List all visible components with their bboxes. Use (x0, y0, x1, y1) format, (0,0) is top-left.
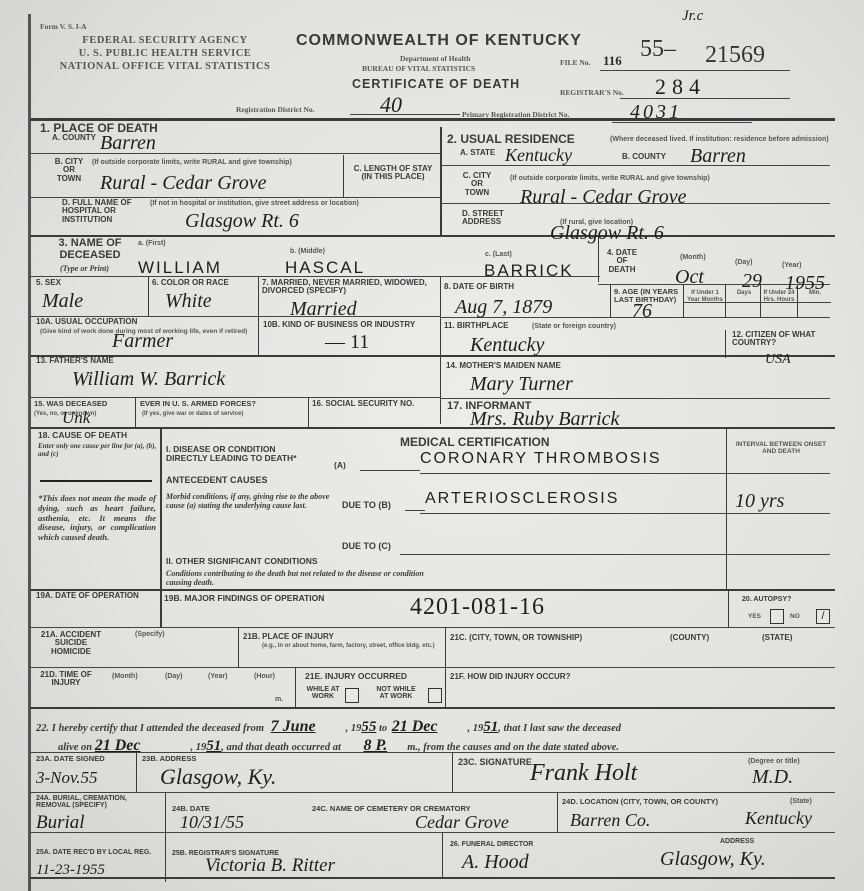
injury-city-label: 21c. (CITY, TOWN, OR TOWNSHIP) (450, 634, 582, 642)
first-name-value: WILLIAM (138, 258, 222, 278)
signer-address-label: 23b. ADDRESS (142, 755, 196, 763)
armed-forces-note-2: (If yes, give war or dates of service) (142, 411, 243, 418)
funeral-address-value: Glasgow, Ky. (660, 848, 766, 871)
death-city-value: Rural - Cedar Grove (100, 172, 266, 195)
time-of-injury-label: 21d. TIME OF INJURY (36, 671, 96, 688)
marital-value: Married (290, 298, 357, 321)
date-signed-label: 23a. DATE SIGNED (36, 755, 105, 763)
cause-of-death-label: 18. CAUSE OF DEATH (38, 431, 127, 440)
agency-line: U. S. PUBLIC HEALTH SERVICE (40, 47, 290, 60)
father-label: 13. FATHER'S NAME (36, 357, 114, 365)
autopsy-no-label: NO (790, 613, 800, 620)
burial-state-label: (State) (790, 798, 812, 806)
dob-label: 8. DATE OF BIRTH (444, 283, 514, 291)
form-number: Form V. S. I-A (40, 22, 87, 31)
file-no-value: 116 (603, 53, 622, 69)
institution-label: d. FULL NAME OF HOSPITAL OR INSTITUTION (62, 199, 152, 224)
while-at-work-checkbox[interactable] (345, 688, 359, 703)
middle-name-label: b. (Middle) (290, 248, 325, 256)
death-year-label: (Year) (782, 262, 801, 270)
death-month-label: (Month) (680, 254, 706, 262)
death-month-value: Oct (675, 266, 704, 289)
part2-label: II. OTHER SIGNIFICANT CONDITIONS (166, 557, 318, 566)
age-months-label: If Under 1 Year Months (686, 290, 724, 303)
city-note: (If outside corporate limits, write RURA… (92, 159, 342, 167)
residence-state-label: a. STATE (460, 149, 495, 157)
signature-label: 23c. SIGNATURE (458, 758, 532, 767)
certificate-number: 21569 (705, 42, 765, 69)
name-heading: 3. NAME OF DECEASED (40, 238, 140, 261)
usual-residence-heading: 2. USUAL RESIDENCE (447, 133, 575, 146)
burial-date-value: 10/31/55 (180, 812, 244, 833)
residence-city-label: c. CITY OR TOWN (462, 172, 492, 197)
funeral-director-value: A. Hood (462, 851, 529, 874)
interval-label: INTERVAL BETWEEN ONSET AND DEATH (732, 441, 830, 455)
agency-line: FEDERAL SECURITY AGENCY (40, 34, 290, 47)
mother-label: 14. MOTHER'S MAIDEN NAME (446, 362, 561, 370)
certification-line-2: alive on 21 Dec, 1951, and that death oc… (58, 737, 838, 755)
certification-line-1: 22. I hereby certify that I attended the… (36, 718, 836, 736)
sex-label: 5. SEX (36, 279, 61, 287)
date-received-label: 25a. DATE REC'D BY LOCAL REG. (36, 849, 161, 856)
cause-c-label: DUE TO (c) (342, 542, 391, 551)
armed-forces-label-1: 15. WAS DECEASED (34, 400, 107, 408)
armed-forces-value: Unk (62, 408, 90, 428)
residence-city-value: Rural - Cedar Grove (520, 186, 686, 209)
county-label: a. COUNTY (52, 134, 96, 142)
attended-from-value: 7 June (267, 718, 346, 735)
occupation-value: Farmer (112, 330, 173, 353)
name-note: (Type or Print) (60, 264, 109, 273)
injury-type-note: (Specify) (135, 631, 165, 639)
place-of-injury-label: 21b. PLACE OF INJURY (243, 633, 334, 641)
dob-value: Aug 7, 1879 (455, 296, 552, 319)
autopsy-label: 20. AUTOPSY? (742, 596, 791, 603)
date-of-death-label: 4. DATE OF DEATH (602, 249, 642, 274)
residence-street-value: Glasgow Rt. 6 (550, 222, 664, 245)
injury-county-label: (COUNTY) (670, 634, 709, 642)
certificate-title: CERTIFICATE OF DEATH (352, 77, 520, 91)
cause-a-value: CORONARY THROMBOSIS (420, 450, 662, 468)
last-seen-alive-value: 21 Dec (95, 737, 191, 754)
date-signed-value: 3-Nov.55 (36, 768, 98, 788)
part1-label: I. DISEASE OR CONDITION DIRECTLY LEADING… (166, 445, 316, 463)
registration-district-label: Registration District No. (236, 105, 315, 114)
not-at-work-label: NOT WHILE AT WORK (372, 686, 420, 701)
burial-location-value: Barren Co. (570, 810, 650, 831)
autopsy-no-checkbox[interactable]: / (816, 609, 830, 624)
cause-b-value: ARTERIOSCLEROSIS (425, 490, 619, 508)
residence-city-note: (If outside corporate limits, write RURA… (510, 175, 830, 183)
bureau-label: BUREAU OF VITAL STATISTICS (362, 64, 475, 73)
injury-state-label: (STATE) (762, 634, 792, 642)
state-title: COMMONWEALTH OF KENTUCKY (296, 32, 582, 50)
date-received-value: 11-23-1955 (36, 862, 105, 879)
death-time-value: 8 P. (343, 737, 407, 754)
cause-of-death-note: Enter only one cause per line for (a), (… (38, 442, 158, 458)
how-injury-label: 21f. HOW DID INJURY OCCUR? (450, 673, 570, 681)
middle-name-value: HASCAL (285, 258, 365, 278)
attended-to-value: 21 Dec (390, 718, 468, 735)
residence-county-value: Barren (690, 145, 746, 168)
residence-note: (Where deceased lived. If institution: r… (610, 136, 830, 144)
age-value: 76 (632, 300, 652, 323)
burial-type-value: Burial (36, 812, 85, 834)
burial-state-value: Kentucky (745, 808, 812, 829)
father-value: William W. Barrick (72, 368, 225, 391)
operation-findings-label: 19b. MAJOR FINDINGS OF OPERATION (164, 594, 324, 603)
race-value: White (165, 290, 212, 313)
certificate-annotation: Jr.c (682, 8, 703, 25)
left-border (28, 14, 31, 891)
residence-county-label: b. COUNTY (622, 153, 666, 161)
age-days-label: Days (728, 290, 760, 297)
birthplace-value: Kentucky (470, 334, 544, 357)
business-value: — 11 (325, 331, 369, 354)
citizen-label: 12. CITIZEN OF WHAT COUNTRY? (732, 331, 827, 348)
injury-year-label: (Year) (208, 673, 227, 681)
informant-value: Mrs. Ruby Barrick (470, 408, 619, 431)
department-label: Department of Health (400, 54, 470, 63)
operation-findings-value: 4201-081-16 (410, 594, 545, 621)
sex-value: Male (42, 290, 83, 313)
last-name-label: c. (Last) (485, 251, 512, 259)
operation-date-label: 19a. DATE OF OPERATION (36, 592, 156, 600)
citizen-value: USA (765, 352, 791, 368)
injury-m-label: m. (275, 696, 283, 704)
cemetery-value: Cedar Grove (415, 812, 509, 833)
armed-forces-label-2: EVER IN U. S. ARMED FORCES? (140, 400, 256, 408)
injury-occurred-label: 21e. INJURY OCCURRED (305, 672, 407, 681)
medical-certification-heading: MEDICAL CERTIFICATION (400, 436, 550, 449)
degree-label: (Degree or title) (748, 758, 800, 766)
death-county-value: Barren (100, 132, 156, 155)
file-no-label: FILE No. (560, 58, 590, 67)
antecedent-label: ANTECEDENT CAUSES (166, 476, 268, 485)
marital-label: 7. MARRIED, NEVER MARRIED, WIDOWED, DIVO… (262, 279, 437, 296)
cause-b-interval: 10 yrs (735, 490, 784, 513)
residence-street-label: d. STREET ADDRESS (462, 210, 507, 227)
injury-hour-label: (Hour) (254, 673, 275, 681)
cause-b-label: DUE TO (b) (342, 501, 391, 510)
occupation-label: 10a. USUAL OCCUPATION (36, 318, 137, 326)
death-day-label: (Day) (735, 259, 753, 267)
first-name-label: a. (First) (138, 240, 166, 248)
race-label: 6. COLOR OR RACE (152, 279, 229, 287)
place-of-injury-note: (e.g., in or about home, farm, factory, … (262, 643, 447, 650)
while-at-work-label: WHILE AT WORK (302, 686, 344, 701)
injury-type-label: 21a. ACCIDENT SUICIDE HOMICIDE (36, 631, 106, 656)
residence-state-value: Kentucky (505, 145, 572, 166)
mother-value: Mary Turner (470, 373, 573, 396)
injury-month-label: (Month) (112, 673, 138, 681)
registrar-no-value: 284 (655, 74, 706, 100)
antecedent-note: Morbid conditions, if any, giving rise t… (166, 492, 331, 510)
institution-value: Glasgow Rt. 6 (185, 210, 299, 233)
last-name-value: BARRICK (484, 261, 574, 281)
autopsy-yes-checkbox[interactable] (770, 609, 784, 624)
birthplace-label: 11. BIRTHPLACE (444, 322, 508, 330)
signer-address-value: Glasgow, Ky. (160, 764, 276, 790)
funeral-director-label: 26. FUNERAL DIRECTOR (450, 841, 533, 848)
federal-agency-block: FEDERAL SECURITY AGENCY U. S. PUBLIC HEA… (40, 34, 290, 73)
death-certificate: Form V. S. I-A FEDERAL SECURITY AGENCY U… (0, 0, 864, 891)
injury-day-label: (Day) (165, 673, 183, 681)
city-label: b. CITY OR TOWN (52, 158, 86, 183)
length-of-stay-label: c. LENGTH OF STAY (in this place) (348, 165, 438, 182)
cause-a-label: (a) (334, 461, 346, 470)
burial-type-label: 24a. BURIAL, CREMATION, REMOVAL (Specify… (36, 795, 161, 810)
not-at-work-checkbox[interactable] (428, 688, 442, 703)
cause-footnote: *This does not mean the mode of dying, s… (38, 494, 156, 543)
agency-line: NATIONAL OFFICE VITAL STATISTICS (40, 60, 290, 73)
age-hours-label: If Under 24 Hrs. Hours (762, 290, 796, 303)
birthplace-note: (State or foreign country) (532, 323, 616, 331)
ssn-label: 16. SOCIAL SECURITY NO. (312, 400, 437, 408)
autopsy-yes-label: YES (748, 613, 761, 620)
signature-value[interactable]: Frank Holt (530, 760, 637, 787)
registrar-signature-value: Victoria B. Ritter (205, 855, 335, 877)
part2-note: Conditions contributing to the death but… (166, 569, 436, 587)
business-label: 10b. KIND OF BUSINESS OR INDUSTRY (263, 321, 438, 329)
degree-value: M.D. (752, 766, 793, 789)
certificate-number-prefix: 55– (640, 36, 676, 63)
burial-location-label: 24d. LOCATION (City, town, or county) (562, 798, 718, 806)
registrar-no-label: REGISTRAR'S No. (560, 88, 624, 97)
age-min-label: Min. (800, 290, 830, 297)
funeral-address-label: ADDRESS (720, 838, 754, 845)
institution-note: (If not in hospital or institution, give… (150, 200, 435, 208)
